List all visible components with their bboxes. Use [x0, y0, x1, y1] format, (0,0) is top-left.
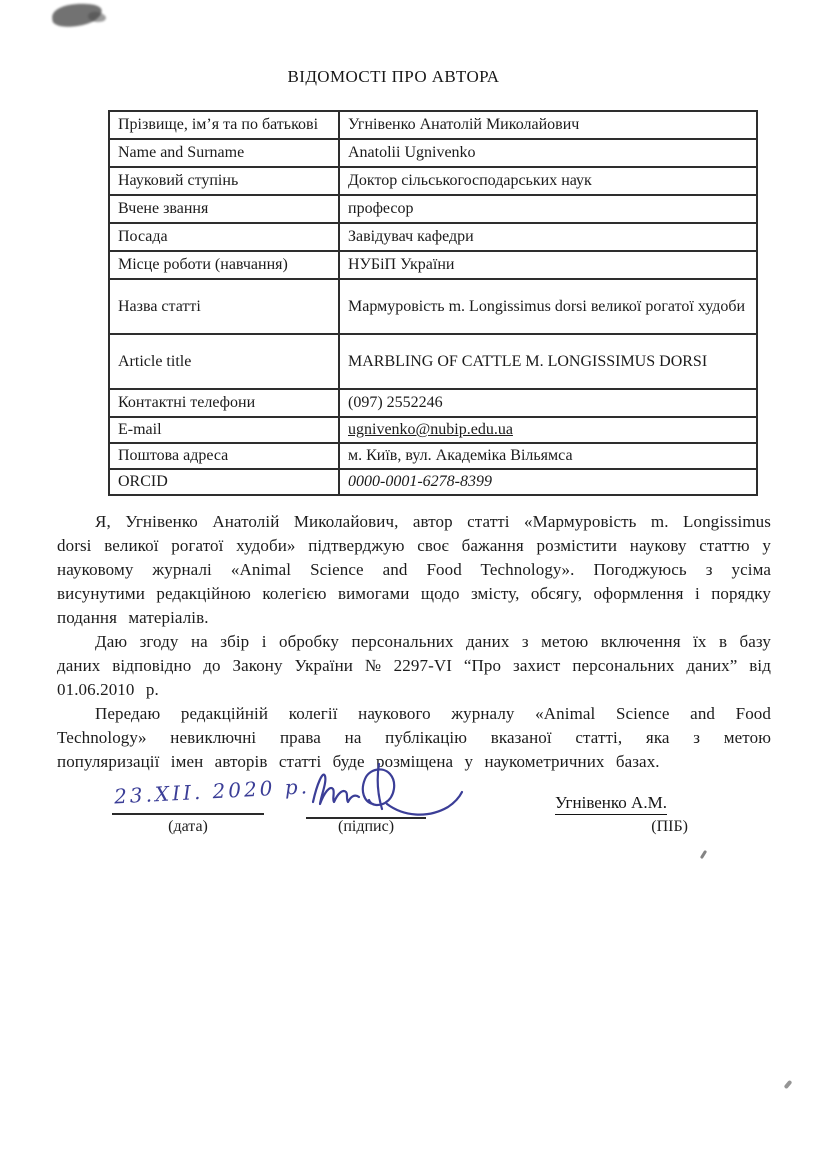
row-value: Мармуровість m. Longissimus dorsi велико… — [339, 279, 757, 334]
row-value: Доктор сільськогосподарських наук — [339, 167, 757, 195]
row-label: Name and Surname — [109, 139, 339, 167]
scan-speck — [784, 1080, 793, 1089]
name-caption: (ПІБ) — [555, 818, 688, 836]
row-label: Article title — [109, 334, 339, 389]
signature-stroke-3 — [378, 764, 382, 809]
table-row-orcid: ORCID 0000-0001-6278-8399 — [109, 469, 757, 495]
row-label: Вчене звання — [109, 195, 339, 223]
row-value: професор — [339, 195, 757, 223]
row-value-email: ugnivenko@nubip.edu.ua — [339, 417, 757, 443]
row-label: Контактні телефони — [109, 389, 339, 417]
page-title: ВІДОМОСТІ ПРО АВТОРА — [0, 67, 827, 87]
row-label: Прізвище, ім’я та по батькові — [109, 111, 339, 139]
row-label: ORCID — [109, 469, 339, 495]
table-row-postal-address: Поштова адреса м. Київ, вул. Академіка В… — [109, 443, 757, 469]
row-value: (097) 2552246 — [339, 389, 757, 417]
table-row-academic-title: Вчене звання професор — [109, 195, 757, 223]
table-row-article-title-ua: Назва статті Мармуровість m. Longissimus… — [109, 279, 757, 334]
date-caption: (дата) — [112, 818, 264, 836]
table-row-degree: Науковий ступінь Доктор сільськогосподар… — [109, 167, 757, 195]
row-value: Угнівенко Анатолій Миколайович — [339, 111, 757, 139]
author-info-table-body: Прізвище, ім’я та по батькові Угнівенко … — [109, 111, 757, 495]
row-label: Науковий ступінь — [109, 167, 339, 195]
table-row-name-surname: Name and Surname Anatolii Ugnivenko — [109, 139, 757, 167]
row-label: Поштова адреса — [109, 443, 339, 469]
author-info-table: Прізвище, ім’я та по батькові Угнівенко … — [108, 110, 758, 496]
row-label: E-mail — [109, 417, 339, 443]
handwritten-date: 23.XII. 2020 р. — [113, 776, 284, 809]
row-label: Місце роботи (навчання) — [109, 251, 339, 279]
row-value: Anatolii Ugnivenko — [339, 139, 757, 167]
row-value: м. Київ, вул. Академіка Вільямса — [339, 443, 757, 469]
scanned-document-page: ВІДОМОСТІ ПРО АВТОРА Прізвище, ім’я та п… — [0, 0, 827, 1170]
consent-text-block: Я, Угнівенко Анатолій Миколайович, автор… — [57, 510, 771, 774]
consent-paragraph-2: Даю згоду на збір і обробку персональних… — [57, 630, 771, 702]
signature-caption: (підпис) — [296, 818, 436, 836]
consent-paragraph-1: Я, Угнівенко Анатолій Миколайович, автор… — [57, 510, 771, 630]
table-row-email: E-mail ugnivenko@nubip.edu.ua — [109, 417, 757, 443]
scan-speck — [700, 850, 707, 859]
row-value: Завідувач кафедри — [339, 223, 757, 251]
table-row-article-title-en: Article title MARBLING OF CATTLE M. LONG… — [109, 334, 757, 389]
row-value-orcid: 0000-0001-6278-8399 — [339, 469, 757, 495]
table-row-workplace: Місце роботи (навчання) НУБіП України — [109, 251, 757, 279]
table-row-position: Посада Завідувач кафедри — [109, 223, 757, 251]
signature-stroke-4 — [387, 792, 462, 815]
row-value: НУБіП України — [339, 251, 757, 279]
row-label: Назва статті — [109, 279, 339, 334]
table-row-surname: Прізвище, ім’я та по батькові Угнівенко … — [109, 111, 757, 139]
table-row-phone: Контактні телефони (097) 2552246 — [109, 389, 757, 417]
row-value: MARBLING OF CATTLE M. LONGISSIMUS DORSI — [339, 334, 757, 389]
row-label: Посада — [109, 223, 339, 251]
signature-stroke-1 — [313, 775, 359, 804]
date-underline — [112, 813, 264, 815]
author-printed-name: Угнівенко А.М. — [555, 793, 667, 815]
